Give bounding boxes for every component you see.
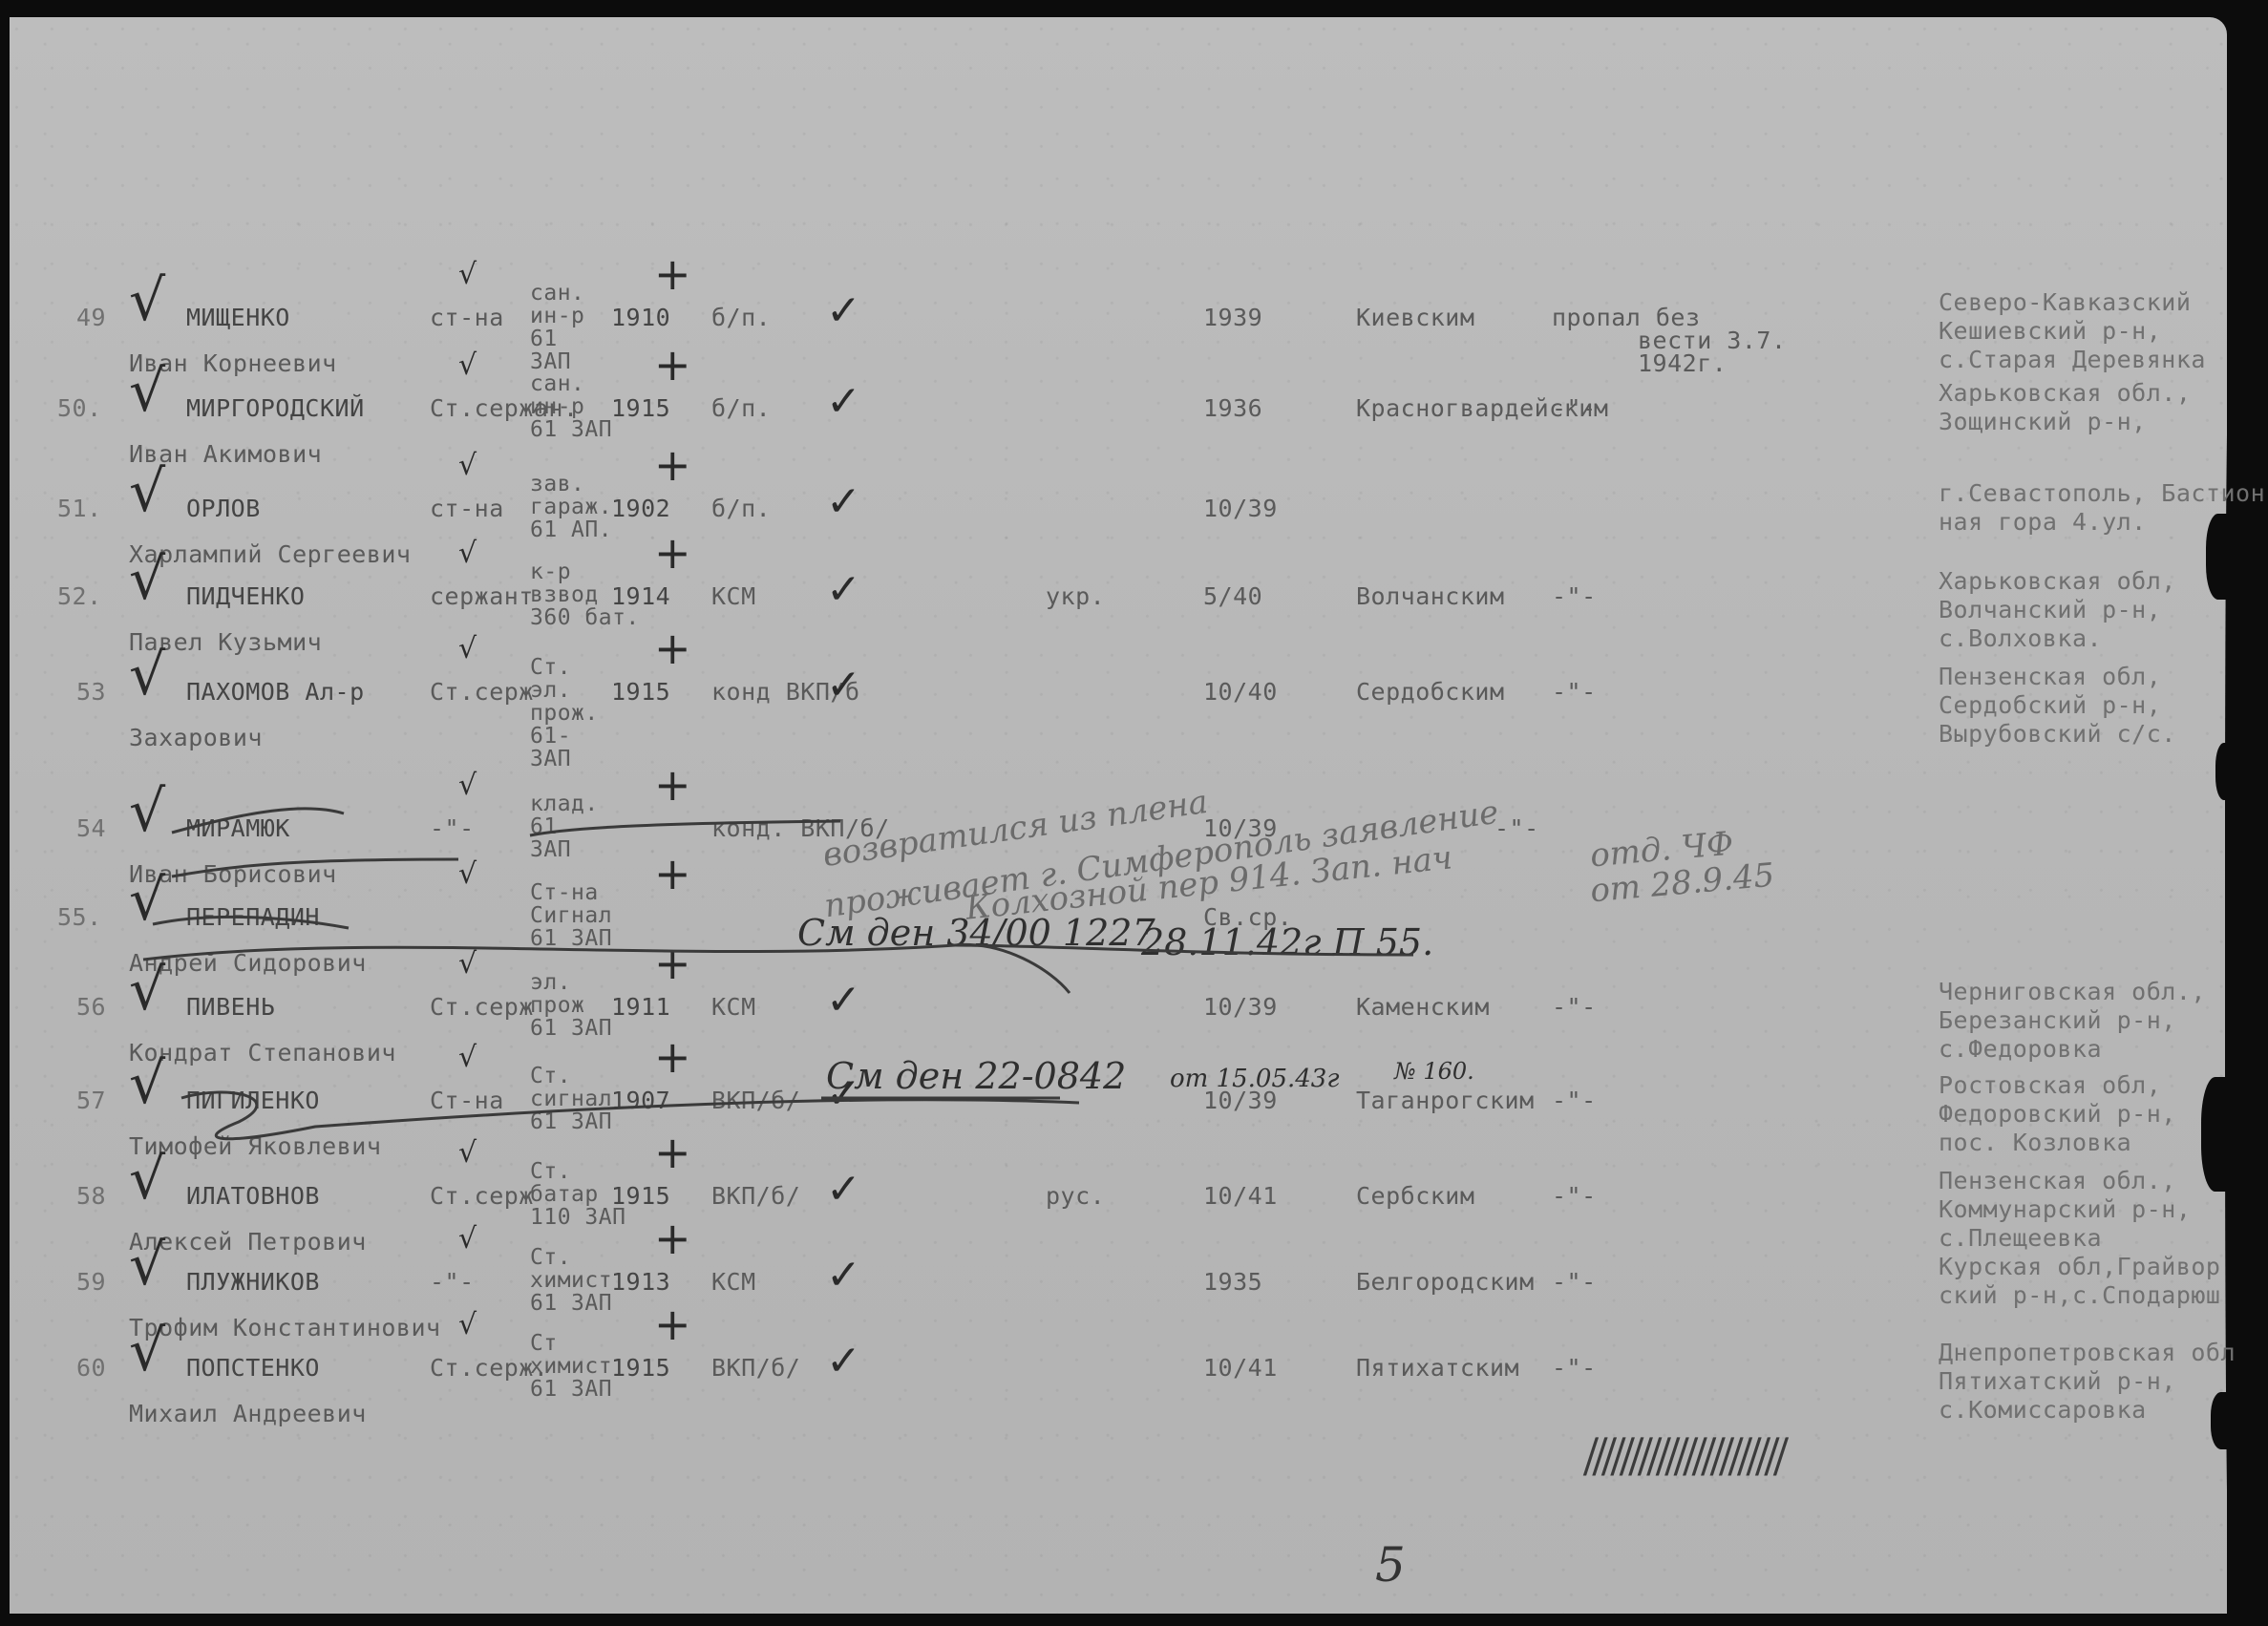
status: -"- — [1552, 680, 1597, 705]
position-line: Ст. — [530, 1066, 571, 1087]
recruitment-office: Пятихатским — [1356, 1356, 1519, 1381]
in-army-since: 10/41 — [1203, 1184, 1278, 1209]
handwritten-note: См ден 34/00 1227 — [797, 912, 1155, 954]
small-check-icon: √ — [458, 537, 477, 570]
verified-mark-icon: ✓ — [826, 377, 861, 426]
cross-mark-icon: + — [654, 1299, 691, 1350]
cross-mark-icon: + — [654, 248, 691, 300]
check-mark-icon: √ — [129, 358, 165, 425]
surname: ПЕРЕПАДИН — [186, 905, 320, 930]
torn-edge — [2201, 1077, 2236, 1192]
rank: ст-на — [430, 306, 504, 330]
position-line: эл. — [530, 972, 571, 993]
surname: МИЩЕНКО — [186, 306, 290, 330]
address-line: Волчанский р-н, — [1939, 598, 2161, 623]
party: ВКП/б/ — [711, 1356, 800, 1381]
torn-edge — [2206, 514, 2236, 600]
position-line: 61 — [530, 816, 558, 837]
position-line: ин-р — [530, 306, 584, 327]
address-line: Коммунарский р-н, — [1939, 1197, 2191, 1222]
position-line: Сигнал — [530, 905, 612, 926]
check-mark-icon: √ — [129, 867, 165, 934]
address-line: Харьковская обл., — [1939, 381, 2191, 406]
surname: ПЛУЖНИКОВ — [186, 1270, 320, 1295]
handwritten-note: 28.11.42г П 55. — [1141, 921, 1433, 963]
position-line: 61 ЗАП — [530, 1293, 612, 1314]
given-name: Тимофей Яковлевич — [129, 1134, 381, 1159]
status: -"- — [1552, 1356, 1597, 1381]
torn-edge — [2211, 1392, 2236, 1449]
row-number: 49 — [76, 306, 106, 330]
rank: ст-на — [430, 496, 504, 521]
cross-mark-icon: + — [654, 527, 691, 579]
check-mark-icon: √ — [129, 1050, 165, 1117]
row-number: 58 — [76, 1184, 106, 1209]
in-army-since: 1936 — [1203, 396, 1262, 421]
cross-mark-icon: + — [654, 1127, 691, 1178]
surname: ПАХОМОВ Ал-р — [186, 680, 365, 705]
page-number-mark: 5 — [1375, 1537, 1406, 1593]
address-line: г.Севастополь, Бастион — [1939, 481, 2265, 506]
row-number: 55. — [57, 905, 102, 930]
verified-mark-icon: ✓ — [826, 1165, 861, 1214]
cross-mark-icon: + — [654, 1031, 691, 1083]
check-mark-icon: √ — [129, 546, 165, 613]
recruitment-office: Каменским — [1356, 995, 1490, 1020]
position-line: 61- — [530, 726, 571, 747]
address-line: Пензенская обл, — [1939, 665, 2161, 689]
rank: -"- — [430, 816, 475, 841]
small-check-icon: √ — [458, 1041, 477, 1074]
small-check-icon: √ — [458, 258, 477, 291]
status: -"- — [1552, 995, 1597, 1020]
row-number: 50. — [57, 396, 102, 421]
small-check-icon: √ — [458, 348, 477, 382]
position-line: прож. — [530, 703, 599, 724]
check-mark-icon: √ — [129, 642, 165, 708]
position-line: эл. — [530, 680, 571, 701]
position-line: сан. — [530, 373, 584, 394]
position-line: взвод — [530, 584, 599, 605]
in-army-since: 10/40 — [1203, 680, 1278, 705]
given-name: Захарович — [129, 726, 263, 750]
party: ВКП/б/ — [711, 1088, 800, 1113]
status: -"- — [1552, 1184, 1597, 1209]
position-line: 360 бат. — [530, 607, 640, 628]
surname: ПИДЧЕНКО — [186, 584, 305, 609]
handwritten-note: от 15.05.43г — [1170, 1065, 1340, 1093]
position-line: батар — [530, 1184, 599, 1205]
address-line: Ростовская обл, — [1939, 1073, 2161, 1098]
given-name: Кондрат Степанович — [129, 1041, 396, 1066]
surname: ИЛАТОВНОВ — [186, 1184, 320, 1209]
verified-mark-icon: ✓ — [826, 286, 861, 335]
birth-year: 1907 — [611, 1088, 670, 1113]
rank: Ст.серж — [430, 995, 534, 1020]
address-line: ная гора 4.ул. — [1939, 510, 2147, 535]
check-mark-icon: √ — [129, 957, 165, 1024]
address-line: Черниговская обл., — [1939, 980, 2206, 1004]
small-check-icon: √ — [458, 632, 477, 665]
birth-year: 1911 — [611, 995, 670, 1020]
birth-year: 1910 — [611, 306, 670, 330]
position-line: 61 АП. — [530, 519, 612, 540]
address-line: с.Плещеевка — [1939, 1226, 2102, 1251]
tally-marks: |||||||||||||||||||||| — [1579, 1432, 1791, 1476]
position-line: Ст — [530, 1333, 558, 1354]
in-army-since: 5/40 — [1203, 584, 1262, 609]
recruitment-office: Киевским — [1356, 306, 1474, 330]
verified-mark-icon: ✓ — [826, 565, 861, 614]
address-line: с.Федоровка — [1939, 1037, 2102, 1062]
address-line: Днепропетровская обл — [1939, 1341, 2236, 1365]
cross-mark-icon: + — [654, 938, 691, 989]
party: б/п. — [711, 306, 771, 330]
position-line: сан. — [530, 283, 584, 304]
party: КСМ — [711, 584, 756, 609]
birth-year: 1915 — [611, 396, 670, 421]
party: б/п. — [711, 496, 771, 521]
in-army-since: 1935 — [1203, 1270, 1262, 1295]
position-line: к-р — [530, 561, 571, 582]
rank: сержант — [430, 584, 534, 609]
position-line: химист — [530, 1270, 612, 1291]
verified-mark-icon: ✓ — [826, 477, 861, 526]
small-check-icon: √ — [458, 449, 477, 482]
position-line: ин-р — [530, 396, 584, 417]
row-number: 51. — [57, 496, 102, 521]
party: КСМ — [711, 995, 756, 1020]
party: б/п. — [711, 396, 771, 421]
in-army-since: 10/39 — [1203, 496, 1278, 521]
position-line: 61 ЗАП — [530, 419, 612, 440]
given-name: Трофим Константинович — [129, 1316, 441, 1341]
in-army-since: 1939 — [1203, 306, 1262, 330]
position-line: ЗАП — [530, 749, 571, 770]
recruitment-office: Таганрогским — [1356, 1088, 1535, 1113]
cross-mark-icon: + — [654, 439, 691, 491]
verified-mark-icon: ✓ — [826, 1337, 861, 1385]
small-check-icon: √ — [458, 1222, 477, 1256]
status: -"- — [1552, 396, 1597, 421]
party: ВКП/б/ — [711, 1184, 800, 1209]
position-line: Ст. — [530, 1161, 571, 1182]
address-line: Северо-Кавказский — [1939, 290, 2191, 315]
row-number: 59 — [76, 1270, 106, 1295]
row-number: 57 — [76, 1088, 106, 1113]
address-line: Харьковская обл, — [1939, 569, 2176, 594]
small-check-icon: √ — [458, 947, 477, 981]
small-check-icon: √ — [458, 1136, 477, 1170]
cross-mark-icon: + — [654, 1213, 691, 1264]
address-line: с.Старая Деревянка — [1939, 348, 2206, 372]
status: -"- — [1552, 1270, 1597, 1295]
status: -"- — [1494, 816, 1539, 841]
row-number: 52. — [57, 584, 102, 609]
birth-year: 1915 — [611, 1184, 670, 1209]
position-line: сигнал — [530, 1088, 612, 1109]
position-line: Ст. — [530, 1247, 571, 1268]
position-line: ЗАП — [530, 351, 571, 372]
check-mark-icon: √ — [129, 458, 165, 525]
check-mark-icon: √ — [129, 1232, 165, 1299]
surname: ОРЛОВ — [186, 496, 261, 521]
position-line: химист — [530, 1356, 612, 1377]
row-number: 54 — [76, 816, 106, 841]
position-line: прож — [530, 995, 584, 1016]
position-line: гараж. — [530, 496, 612, 517]
nationality: укр. — [1046, 584, 1105, 609]
address-line: Кешиевский р-н, — [1939, 319, 2161, 344]
position-line: 61 ЗАП — [530, 928, 612, 949]
in-army-since: 10/39 — [1203, 995, 1278, 1020]
birth-year: 1915 — [611, 1356, 670, 1381]
check-mark-icon: √ — [129, 267, 165, 334]
status: -"- — [1552, 584, 1597, 609]
position-line: клад. — [530, 793, 599, 814]
address-line: Пензенская обл., — [1939, 1169, 2176, 1193]
row-number: 53 — [76, 680, 106, 705]
surname: МИРАМЮК — [186, 816, 290, 841]
rank: -"- — [430, 1270, 475, 1295]
birth-year: 1915 — [611, 680, 670, 705]
address-line: Сердобский р-н, — [1939, 693, 2161, 718]
check-mark-icon: √ — [129, 778, 165, 845]
address-line: с.Волховка. — [1939, 626, 2102, 651]
birth-year: 1914 — [611, 584, 670, 609]
status: 1942г. — [1638, 351, 1727, 376]
position-line: Ст. — [530, 657, 571, 678]
torn-edge — [2215, 743, 2236, 800]
check-mark-icon: √ — [129, 1318, 165, 1384]
position-line: 61 ЗАП — [530, 1111, 612, 1132]
address-line: с.Комиссаровка — [1939, 1398, 2147, 1423]
surname: ПОПСТЕНКО — [186, 1356, 320, 1381]
given-name: Харлампий Сергеевич — [129, 542, 411, 567]
given-name: Михаил Андреевич — [129, 1402, 367, 1426]
position-line: 61 ЗАП — [530, 1379, 612, 1400]
position-line: зав. — [530, 474, 584, 495]
address-line: Вырубовский с/с. — [1939, 722, 2176, 747]
in-army-since: 10/41 — [1203, 1356, 1278, 1381]
cross-mark-icon: + — [654, 759, 691, 811]
address-line: Зощинский р-н, — [1939, 410, 2147, 434]
position-line: ЗАП — [530, 839, 571, 860]
cross-mark-icon: + — [654, 339, 691, 391]
position-line: 61 — [530, 328, 558, 349]
rank: Ст.серж — [430, 680, 534, 705]
nationality: рус. — [1046, 1184, 1105, 1209]
small-check-icon: √ — [458, 1308, 477, 1341]
recruitment-office: Волчанским — [1356, 584, 1505, 609]
address-line: пос. Козловка — [1939, 1130, 2131, 1155]
address-line: Федоровский р-н, — [1939, 1102, 2176, 1127]
surname: ПИГИЛЕНКО — [186, 1088, 320, 1113]
birth-year: 1902 — [611, 496, 670, 521]
address-line: Курская обл,Грайвор — [1939, 1255, 2220, 1279]
position-line: 61 ЗАП — [530, 1018, 612, 1039]
verified-mark-icon: ✓ — [826, 1251, 861, 1299]
recruitment-office: Сербским — [1356, 1184, 1474, 1209]
row-number: 60 — [76, 1356, 106, 1381]
verified-mark-icon: ✓ — [826, 976, 861, 1024]
row-number: 56 — [76, 995, 106, 1020]
surname: ПИВЕНЬ — [186, 995, 275, 1020]
cross-mark-icon: + — [654, 623, 691, 674]
recruitment-office: Сердобским — [1356, 680, 1505, 705]
verified-mark-icon: ✓ — [826, 661, 861, 709]
address-line: ский р-н,с.Сподарюш — [1939, 1283, 2220, 1308]
small-check-icon: √ — [458, 769, 477, 802]
rank: Ст.серж — [430, 1184, 534, 1209]
party: КСМ — [711, 1270, 756, 1295]
rank: Ст-на — [430, 1088, 504, 1113]
surname: МИРГОРОДСКИЙ — [186, 396, 365, 421]
status: -"- — [1552, 1088, 1597, 1113]
position-line: 110 ЗАП — [530, 1207, 625, 1228]
address-line: Пятихатский р-н, — [1939, 1369, 2176, 1394]
address-line: Березанский р-н, — [1939, 1008, 2176, 1033]
small-check-icon: √ — [458, 857, 477, 891]
handwritten-note: См ден 22-0842 — [826, 1055, 1126, 1097]
cross-mark-icon: + — [654, 848, 691, 899]
birth-year: 1913 — [611, 1270, 670, 1295]
recruitment-office: Белгородским — [1356, 1270, 1535, 1295]
check-mark-icon: √ — [129, 1146, 165, 1213]
position-line: Ст-на — [530, 882, 599, 903]
handwritten-note: № 160. — [1394, 1058, 1474, 1085]
